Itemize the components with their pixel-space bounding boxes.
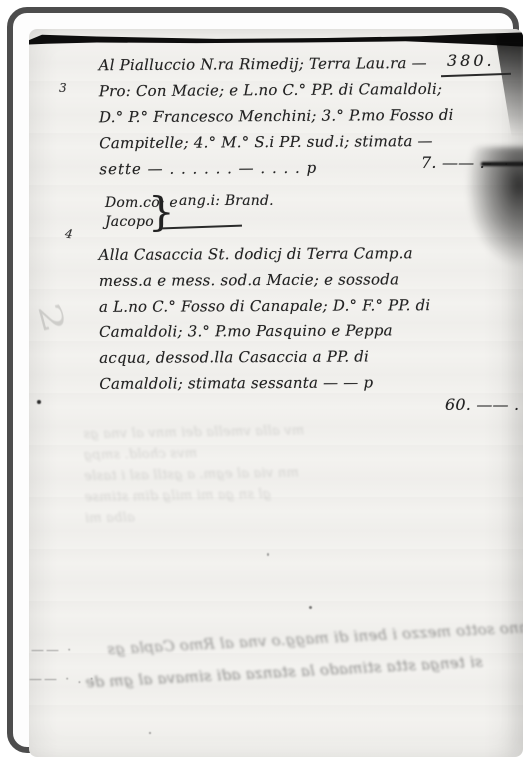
entry3-margin-number: 4: [64, 227, 74, 242]
entry3-line: mess.a e mess. sod.a Macie; e sossoda: [99, 267, 431, 295]
bleedthrough-bottom-band: si tenga stta stimado la stanza adi sima…: [85, 653, 485, 692]
entry1-line-leader: sette — . . . . . . — . . . . p: [99, 154, 454, 182]
entry3-line: Alla Casaccia St. dodicj di Terra Camp.a: [99, 241, 431, 269]
bleedthrough-line: alba mi: [85, 507, 135, 529]
ink-speck: [37, 400, 41, 404]
entry3-line: acqua, dessod.lla Casaccia a PP. di: [99, 344, 431, 372]
entry3-line: Camaldoli; 3.° P.mo Pasquino e Peppa: [99, 319, 431, 347]
bleedthrough-line: Et hanno sotto mezzo i beni di magg.o vn…: [107, 616, 523, 658]
bleedthrough-faint-block: mv alla vmella dei mnv al vna gs mvs cho…: [83, 418, 445, 529]
bleedthrough-dash: —— ·: [31, 643, 73, 658]
entry3-line: a L.no C.° Fosso di Canapale; D.° F.° PP…: [99, 293, 431, 321]
entry1-line: Campitelle; 4.° M.° S.i PP. sud.i; stima…: [99, 128, 454, 156]
bleedthrough-bottom-band: Et hanno sotto mezzo i beni di magg.o vn…: [107, 618, 523, 659]
entry1-text-block: Al Pialluccio N.ra Rimedij; Terra Lau.ra…: [99, 50, 455, 182]
ink-speck: [149, 732, 151, 734]
scan-frame: 380. 3 Al Pialluccio N.ra Rimedij; Terra…: [7, 7, 519, 753]
entry1-margin-number: 3: [59, 81, 67, 95]
entry3-amount: 60. —— . ——: [445, 395, 523, 414]
manuscript-page: 380. 3 Al Pialluccio N.ra Rimedij; Terra…: [29, 29, 523, 757]
bleedthrough-line: mvs chold. smpg: [83, 443, 197, 466]
entry1-line: Pro: Con Macie; e L.no C.° PP. di Camald…: [99, 76, 454, 104]
scan-edge-shadow-top: [29, 32, 523, 47]
entry3-text-block: Alla Casaccia St. dodicj di Terra Camp.a…: [99, 241, 431, 398]
bleedthrough-line: mv alla vmella dei mnv al vna gs: [83, 420, 304, 445]
entry1-line: D.° P.° Francesco Menchini; 3.° P.mo Fos…: [99, 102, 454, 130]
bleedthrough-line: gl sn ga mi milg dim stimse: [84, 484, 271, 508]
bleedthrough-dash: —— · . ·: [29, 672, 96, 687]
entry3-line: Camaldoli; stimata sessanta — — p: [99, 370, 431, 398]
entry1-amount: 7. —— . ——: [421, 153, 523, 172]
scan-shadow-top-right: [495, 34, 523, 136]
entry1-line: Al Pialluccio N.ra Rimedij; Terra Lau.ra…: [99, 50, 454, 78]
entry2-note: ang.i: Brand.: [179, 193, 274, 209]
margin-pencil-mark: 2: [31, 299, 72, 336]
ink-speck: [309, 606, 312, 609]
folio-number: 380.: [447, 51, 495, 70]
bleedthrough-line: si tenga stta stimado la stanza adi sima…: [85, 653, 483, 692]
ink-speck: [267, 553, 269, 556]
